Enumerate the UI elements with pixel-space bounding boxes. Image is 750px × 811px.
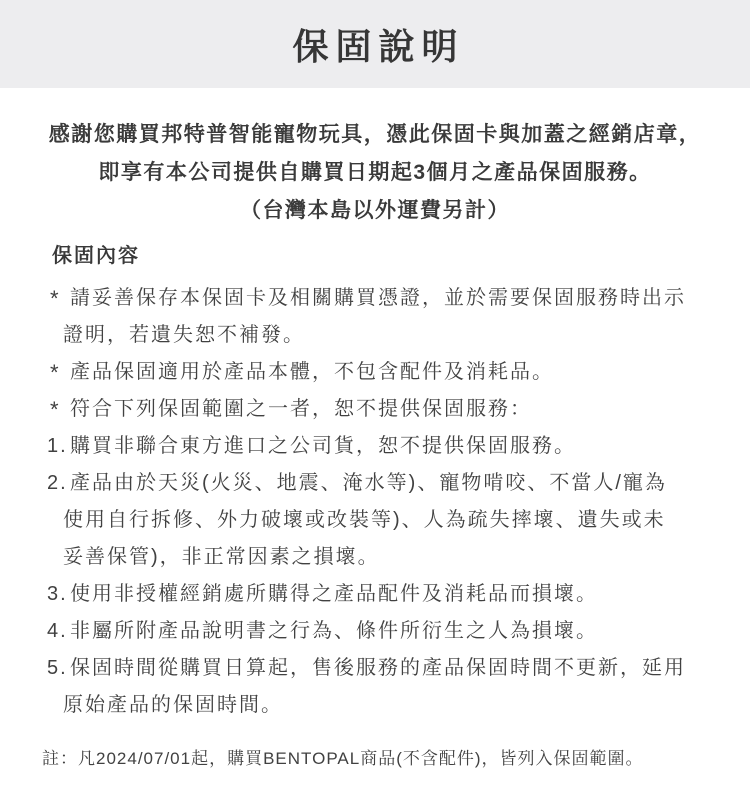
bullet-item-text: 請妥善保存本保固卡及相關購買憑證，並於需要保固服務時出示 證明，若遺失恕不補發。	[63, 280, 730, 354]
warranty-bullet-item: * 請妥善保存本保固卡及相關購買憑證，並於需要保固服務時出示 證明，若遺失恕不補…	[0, 280, 750, 354]
intro-line-1: 感謝您購買邦特普智能寵物玩具，憑此保固卡與加蓋之經銷店章，	[0, 116, 750, 154]
list-number-marker: 3.	[47, 576, 68, 613]
list-number-marker: 4.	[47, 613, 68, 650]
intro-line-2: 即享有本公司提供自購買日期起3個月之產品保固服務。	[0, 154, 750, 192]
warranty-section-heading: 保固內容	[52, 241, 750, 271]
list-number-marker: 2.	[47, 465, 68, 502]
bullet-asterisk-marker: *	[50, 391, 61, 428]
page-title: 保固說明	[285, 19, 464, 70]
warranty-bullet-item: * 符合下列保固範圍之一者，恕不提供保固服務：	[0, 391, 750, 428]
warranty-numbered-item: 2. 產品由於天災(火災、地震、淹水等)、寵物啃咬、不當人/寵為 使用自行拆修、…	[0, 465, 750, 576]
numbered-item-text: 保固時間從購買日算起，售後服務的產品保固時間不更新，延用 原始產品的保固時間。	[63, 650, 730, 724]
warranty-numbered-item: 4. 非屬所附產品說明書之行為、條件所衍生之人為損壞。	[0, 613, 750, 650]
numbered-item-text: 購買非聯合東方進口之公司貨，恕不提供保固服務。	[63, 428, 730, 465]
intro-shipping-note: （台灣本島以外運費另計）	[0, 192, 750, 230]
numbered-item-text: 產品由於天災(火災、地震、淹水等)、寵物啃咬、不當人/寵為 使用自行拆修、外力破…	[63, 465, 730, 576]
warranty-numbered-item: 3. 使用非授權經銷處所購得之產品配件及消耗品而損壞。	[0, 576, 750, 613]
list-number-marker: 5.	[47, 650, 68, 687]
footnote: 註：凡2024/07/01起，購買BENTOPAL商品(不含配件)，皆列入保固範…	[42, 746, 730, 772]
page-header: 保固說明	[0, 0, 750, 88]
bullet-item-text: 產品保固適用於產品本體，不包含配件及消耗品。	[63, 354, 730, 391]
warranty-bullet-item: * 產品保固適用於產品本體，不包含配件及消耗品。	[0, 354, 750, 391]
list-number-marker: 1.	[47, 428, 68, 465]
bullet-asterisk-marker: *	[50, 280, 61, 317]
numbered-item-text: 非屬所附產品說明書之行為、條件所衍生之人為損壞。	[63, 613, 730, 650]
warranty-numbered-item: 1. 購買非聯合東方進口之公司貨，恕不提供保固服務。	[0, 428, 750, 465]
numbered-item-text: 使用非授權經銷處所購得之產品配件及消耗品而損壞。	[63, 576, 730, 613]
bullet-item-text: 符合下列保固範圍之一者，恕不提供保固服務：	[63, 391, 730, 428]
warranty-page: 保固說明 感謝您購買邦特普智能寵物玩具，憑此保固卡與加蓋之經銷店章， 即享有本公…	[0, 0, 750, 811]
bullet-asterisk-marker: *	[50, 354, 61, 391]
warranty-numbered-item: 5. 保固時間從購買日算起，售後服務的產品保固時間不更新，延用 原始產品的保固時…	[0, 650, 750, 724]
warranty-terms-list: * 請妥善保存本保固卡及相關購買憑證，並於需要保固服務時出示 證明，若遺失恕不補…	[0, 280, 750, 724]
intro-paragraph: 感謝您購買邦特普智能寵物玩具，憑此保固卡與加蓋之經銷店章， 即享有本公司提供自購…	[0, 116, 750, 230]
